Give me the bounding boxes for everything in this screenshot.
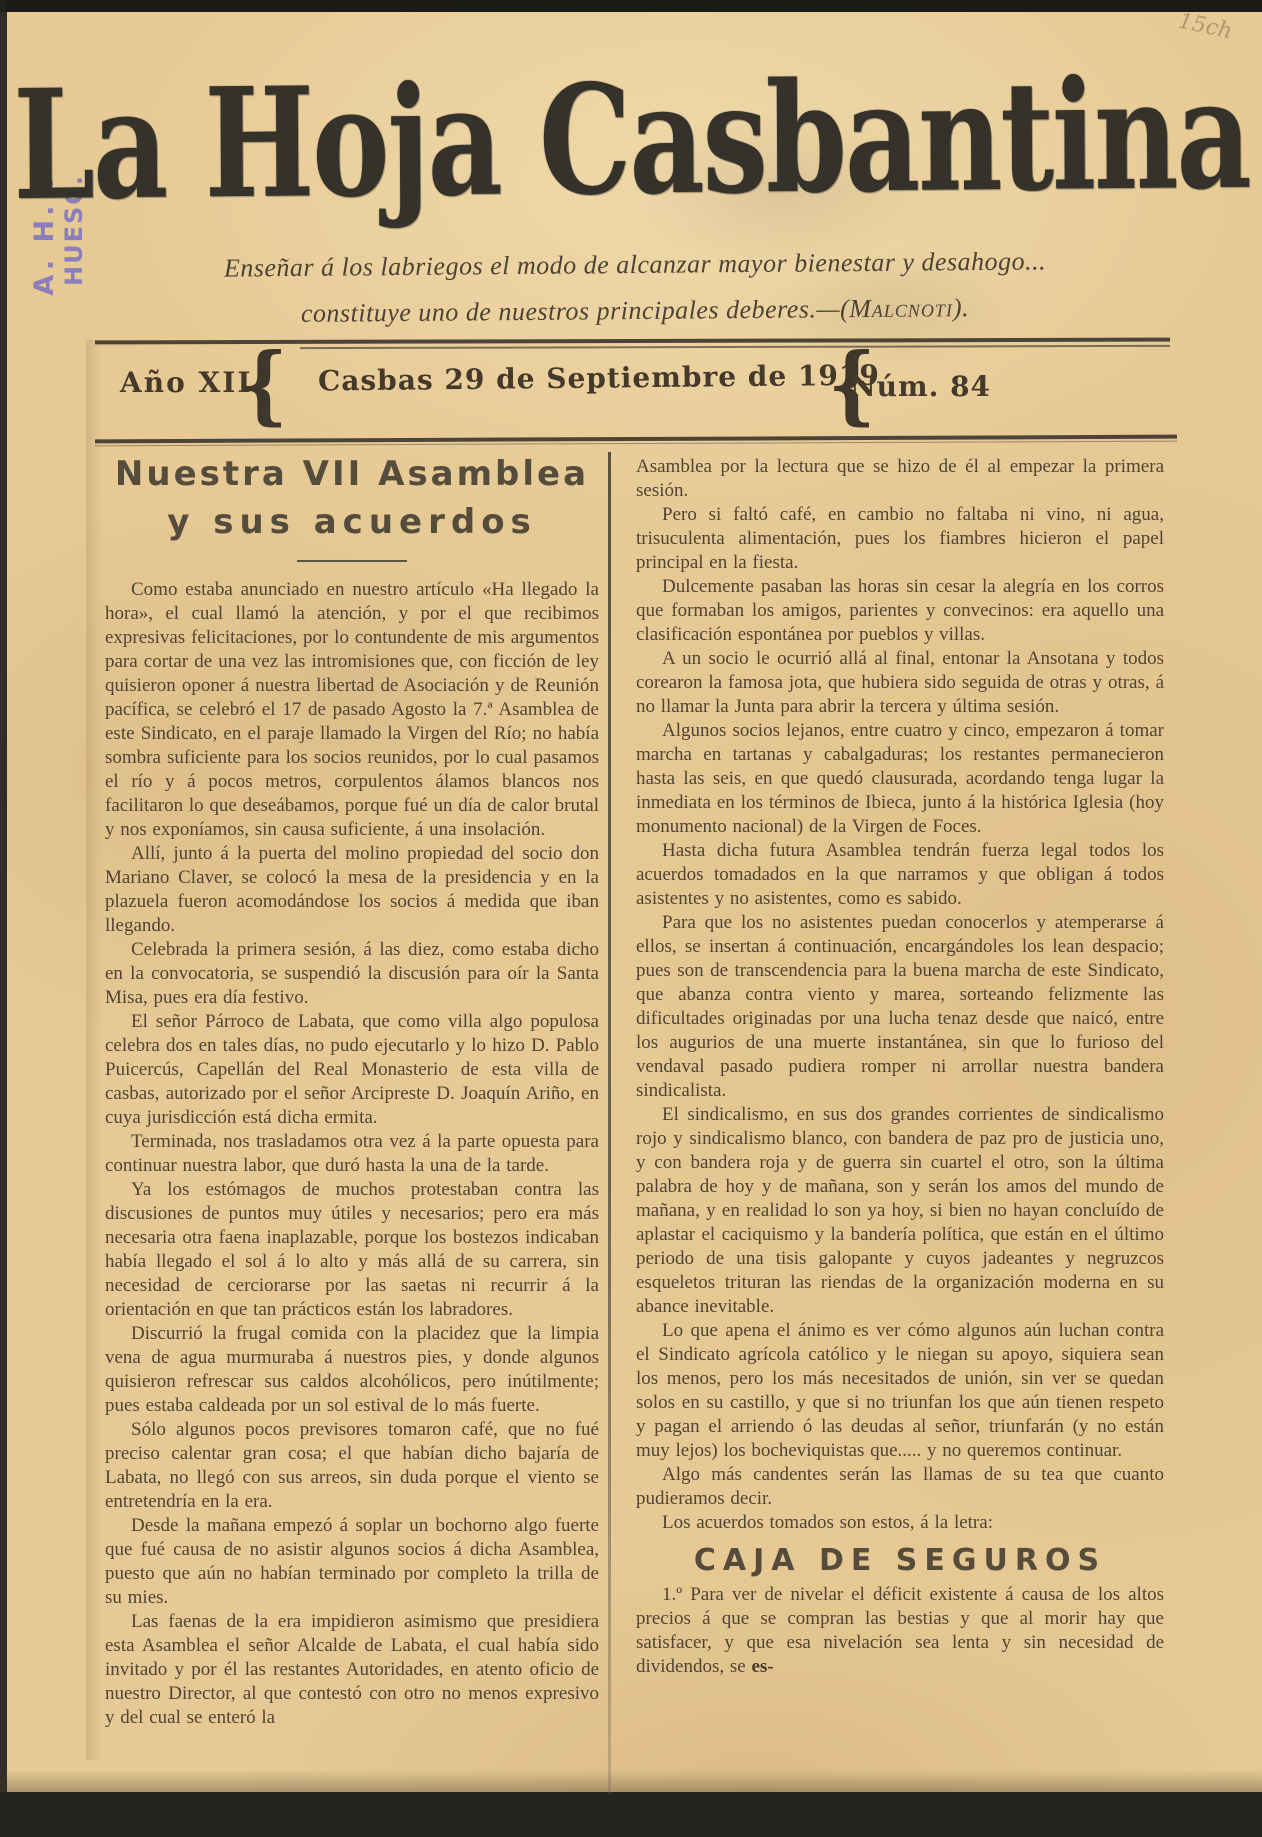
column-divider-rule	[608, 452, 611, 1794]
article-paragraph: Algunos socios lejanos, entre cuatro y c…	[636, 719, 1164, 839]
dateline-bracket-left: {	[240, 342, 288, 427]
article-paragraph: Allí, junto á la puerta del molino propi…	[105, 842, 599, 938]
motto-author: Malcnoti	[849, 293, 953, 323]
scan-edge-top	[0, 0, 1262, 12]
motto-line1: Enseñar á los labriegos el modo de alcan…	[70, 245, 1200, 285]
article-column-right: Asamblea por la lectura que se hizo de é…	[636, 455, 1164, 1679]
scan-edge-bottom-shadow	[0, 1770, 1262, 1792]
article-paragraph: Las faenas de la era impidieron asimismo…	[105, 1610, 599, 1730]
article-headline: Nuestra VII Asamblea y sus acuerdos	[105, 450, 599, 546]
article-paragraph: 1.º Para ver de nivelar el déficit exist…	[636, 1583, 1164, 1679]
article-paragraph: A un socio le ocurrió allá al final, ent…	[636, 647, 1164, 719]
motto-line2-text: constituye uno de nuestros principales d…	[301, 294, 849, 328]
rule-below-motto-echo	[300, 345, 1170, 349]
article-headline-line2: y sus acuerdos	[105, 498, 599, 546]
article-paragraph: Los acuerdos tomados son estos, á la let…	[636, 1511, 1164, 1535]
scan-edge-bottom	[0, 1792, 1262, 1837]
masthead-title: La Hoja Casbantina	[0, 46, 1262, 234]
motto-line2: constituye uno de nuestros principales d…	[70, 291, 1200, 331]
section-paragraph-bold-tail: es-	[751, 1656, 773, 1677]
paper-crease	[86, 340, 102, 1760]
headline-rule	[297, 560, 407, 562]
article-paragraph: Sólo algunos pocos previsores tomaron ca…	[105, 1418, 599, 1514]
article-paragraph: Hasta dicha futura Asamblea tendrán fuer…	[636, 839, 1164, 911]
article-headline-line1: Nuestra VII Asamblea	[105, 450, 599, 498]
article-paragraph: Ya los estómagos de muchos protestaban c…	[105, 1178, 599, 1322]
article-column-left: Nuestra VII Asamblea y sus acuerdos Como…	[105, 450, 599, 1730]
scan-edge-left	[0, 0, 7, 1792]
article-paragraph: Pero si faltó café, en cambio no faltaba…	[636, 503, 1164, 575]
article-paragraph: Dulcemente pasaban las horas sin cesar l…	[636, 575, 1164, 647]
article-paragraph: Desde la mañana empezó á soplar un bocho…	[105, 1514, 599, 1610]
article-paragraph: Para que los no asistentes puedan conoce…	[636, 911, 1164, 1103]
article-paragraph: El señor Párroco de Labata, que como vil…	[105, 1010, 599, 1130]
dateline-date: Casbas 29 de Septiembre de 1919	[318, 359, 796, 397]
handwritten-pencil-mark: 15ch	[1176, 9, 1234, 45]
article-paragraph: Discurrió la frugal comida con la placid…	[105, 1322, 599, 1418]
dateline-number: Núm. 84	[850, 370, 991, 403]
article-paragraph: El sindicalismo, en sus dos grandes corr…	[636, 1103, 1164, 1319]
article-paragraph: Lo que apena el ánimo es ver cómo alguno…	[636, 1319, 1164, 1463]
article-paragraph: Como estaba anunciado en nuestro artícul…	[105, 578, 599, 842]
dateline-year: Año XII	[120, 366, 252, 399]
article-paragraph: Algo más candentes serán las llamas de s…	[636, 1463, 1164, 1511]
article-paragraph: Celebrada la primera sesión, á las diez,…	[105, 938, 599, 1010]
motto-line2-close: ).	[953, 293, 969, 322]
article-paragraph: Terminada, nos trasladamos otra vez á la…	[105, 1130, 599, 1178]
section-heading-caja-de-seguros: CAJA DE SEGUROS	[636, 1549, 1164, 1573]
newspaper-page: A. H. P HUESC. 15ch La Hoja Casbantina E…	[0, 0, 1262, 1837]
section-paragraph-text: 1.º Para ver de nivelar el déficit exist…	[636, 1584, 1164, 1677]
article-paragraph: Asamblea por la lectura que se hizo de é…	[636, 455, 1164, 503]
